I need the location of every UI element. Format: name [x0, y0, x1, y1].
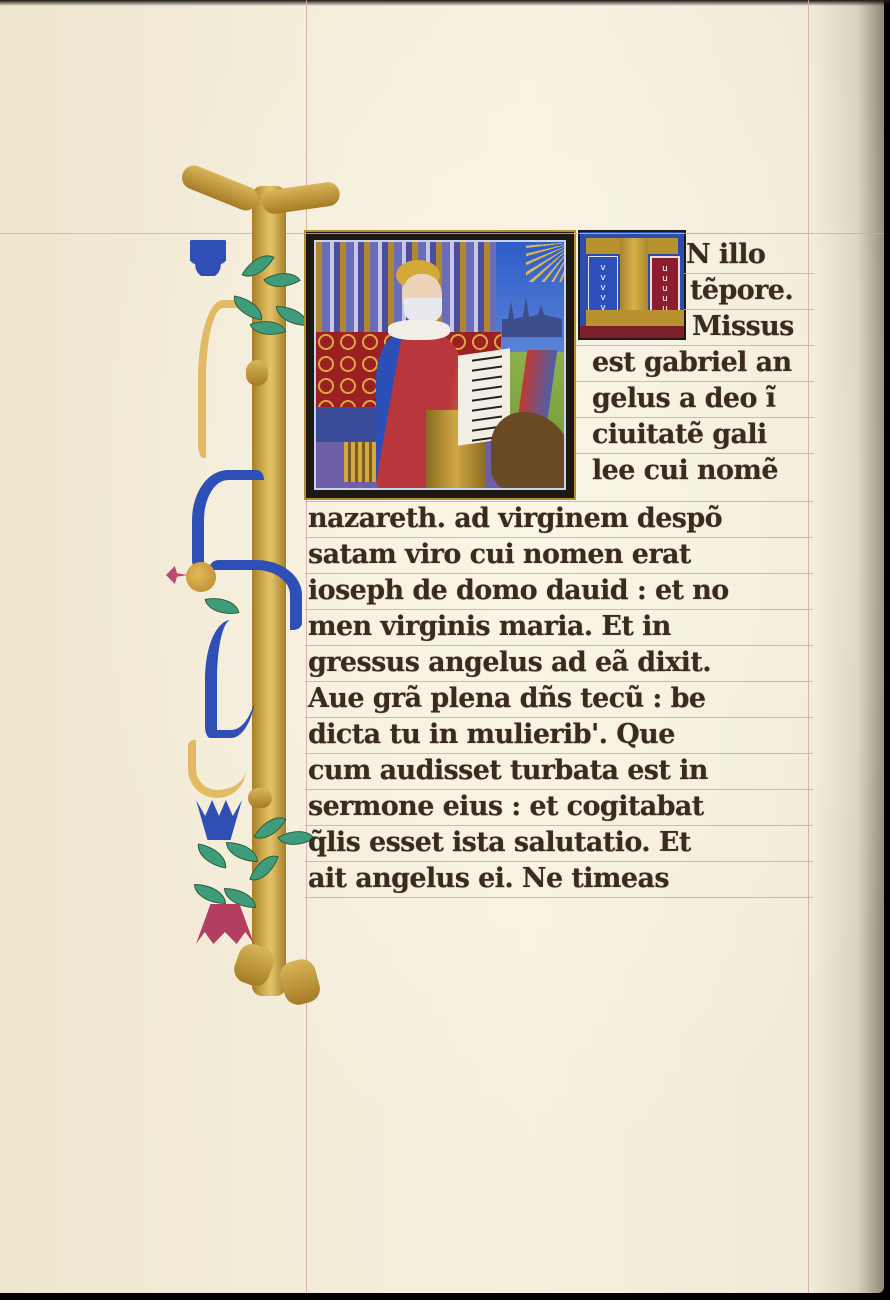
ruling-line	[305, 233, 813, 234]
initial-blue-panel: vvvvv	[588, 256, 618, 316]
gold-fruit-icon	[186, 562, 216, 592]
initial-gold-serif-bottom	[586, 310, 684, 326]
gold-branch-stub-left	[178, 162, 261, 214]
text-line: sermone eius : et cogitabat	[308, 789, 813, 825]
gold-root-right	[277, 956, 323, 1008]
miniature-evangelist	[304, 230, 576, 500]
gold-branch-knot	[246, 360, 268, 386]
text-line: lee cui nomẽ	[592, 453, 813, 489]
miniature-scene	[314, 240, 566, 490]
text-line: est gabriel an	[592, 345, 813, 381]
blue-acanthus-upper	[192, 470, 264, 570]
gold-branch-knot-lower	[248, 788, 272, 808]
gold-acanthus-lower	[188, 740, 246, 798]
pink-bell-flower-icon	[196, 904, 254, 944]
text-line: men virginis maria. Et in	[308, 609, 813, 645]
initial-letter-I: vvvvv uuuuu	[578, 230, 686, 340]
manuscript-page: vvvvv uuuuu N illo tẽpore. Missus est ga…	[0, 0, 884, 1293]
ruling-line	[305, 897, 813, 898]
text-line: ait angelus ei. Ne timeas	[308, 861, 813, 897]
text-line: q̃lis esset ista salutatio. Et	[308, 825, 813, 861]
text-line: Aue grã plena dñs tecũ : be	[308, 681, 813, 717]
initial-red-base	[580, 326, 684, 338]
page-top-shadow	[0, 0, 890, 6]
text-line: gressus angelus ad eã dixit.	[308, 645, 813, 681]
blue-bell-flower-icon	[196, 800, 242, 840]
text-line: Missus	[692, 309, 890, 345]
blue-violet-flower-icon	[190, 240, 226, 276]
text-line: cum audisset turbata est in	[308, 753, 813, 789]
green-leaf	[195, 843, 230, 868]
gold-acanthus-upper	[198, 300, 248, 458]
initial-chevron-pattern: vvvvv	[590, 263, 616, 313]
text-line: ioseph de domo dauid : et no	[308, 573, 813, 609]
text-line: gelus a deo ĩ	[592, 381, 813, 417]
blue-acanthus-lower	[205, 620, 257, 738]
initial-dot-pattern: uuuuu	[652, 264, 678, 314]
text-line: N illo	[686, 237, 890, 273]
text-line: dicta tu in mulierib'. Que	[308, 717, 813, 753]
blue-acanthus-swirl	[210, 560, 302, 630]
text-line: ciuitatẽ gali	[592, 417, 813, 453]
initial-red-panel: uuuuu	[650, 256, 680, 316]
text-line: nazareth. ad virginem despõ	[308, 501, 813, 537]
ermine-collar	[388, 320, 450, 340]
text-line: tẽpore.	[690, 273, 890, 309]
divine-rays	[526, 242, 566, 282]
pink-bud-icon	[166, 566, 188, 584]
text-line: satam viro cui nomen erat	[308, 537, 813, 573]
winged-ox	[491, 412, 566, 490]
green-leaf	[194, 884, 226, 904]
